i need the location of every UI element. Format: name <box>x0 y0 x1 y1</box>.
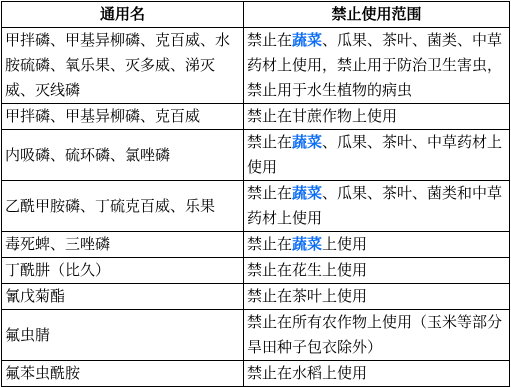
scope-text: 禁止在花生上使用 <box>247 261 367 279</box>
table-row: 氟虫腈 禁止在所有农作物上使用（玉米等部分旱田种子包衣除外） <box>2 310 510 361</box>
ban-scope-cell: 禁止在花生上使用 <box>244 258 510 284</box>
generic-name-cell: 丁酰肼（比久） <box>2 258 244 284</box>
generic-name-cell: 内吸磷、硫环磷、氯唑磷 <box>2 130 244 181</box>
generic-name-cell: 氟苯虫酰胺 <box>2 361 244 387</box>
scope-text: 禁止在甘蔗作物上使用 <box>247 107 397 125</box>
scope-text: 禁止在所有农作物上使用（玉米等部分旱田种子包衣除外） <box>247 313 502 356</box>
generic-name-cell: 乙酰甲胺磷、丁硫克百威、乐果 <box>2 181 244 232</box>
ban-scope-cell: 禁止在所有农作物上使用（玉米等部分旱田种子包衣除外） <box>244 310 510 361</box>
scope-text: 禁止在水稻上使用 <box>247 364 367 382</box>
scope-text: 禁止在 <box>247 184 292 202</box>
generic-name-cell: 氟虫腈 <box>2 310 244 361</box>
generic-name-cell: 甲拌磷、甲基异柳磷、克百威、水胺硫磷、氧乐果、灭多威、涕灭威、灭线磷 <box>2 28 244 104</box>
column-header-ban-scope: 禁止使用范围 <box>244 2 510 28</box>
ban-scope-cell: 禁止在蔬菜、瓜果、茶叶、中草药材上使用 <box>244 130 510 181</box>
highlighted-term: 蔬菜 <box>292 184 322 202</box>
table-row: 氟苯虫酰胺 禁止在水稻上使用 <box>2 361 510 387</box>
header-row: 通用名 禁止使用范围 <box>2 2 510 28</box>
highlighted-term: 蔬菜 <box>292 31 322 49</box>
table-row: 丁酰肼（比久） 禁止在花生上使用 <box>2 258 510 284</box>
pesticide-ban-table: 通用名 禁止使用范围 甲拌磷、甲基异柳磷、克百威、水胺硫磷、氧乐果、灭多威、涕灭… <box>1 1 510 387</box>
highlighted-term: 蔬菜 <box>292 235 322 253</box>
ban-scope-cell: 禁止在蔬菜、瓜果、茶叶、菌类和中草药材上使用 <box>244 181 510 232</box>
scope-text: 禁止在 <box>247 31 292 49</box>
scope-text: 禁止在 <box>247 235 292 253</box>
column-header-generic-name: 通用名 <box>2 2 244 28</box>
ban-scope-cell: 禁止在水稻上使用 <box>244 361 510 387</box>
generic-name-cell: 毒死蜱、三唑磷 <box>2 232 244 258</box>
highlighted-term: 蔬菜 <box>292 133 322 151</box>
table-row: 毒死蜱、三唑磷 禁止在蔬菜上使用 <box>2 232 510 258</box>
scope-text: 上使用 <box>322 235 367 253</box>
ban-scope-cell: 禁止在茶叶上使用 <box>244 284 510 310</box>
generic-name-cell: 甲拌磷、甲基异柳磷、克百威 <box>2 104 244 130</box>
ban-scope-cell: 禁止在蔬菜上使用 <box>244 232 510 258</box>
scope-text: 禁止在茶叶上使用 <box>247 287 367 305</box>
ban-scope-cell: 禁止在甘蔗作物上使用 <box>244 104 510 130</box>
page: 通用名 禁止使用范围 甲拌磷、甲基异柳磷、克百威、水胺硫磷、氧乐果、灭多威、涕灭… <box>0 0 511 381</box>
table-row: 乙酰甲胺磷、丁硫克百威、乐果 禁止在蔬菜、瓜果、茶叶、菌类和中草药材上使用 <box>2 181 510 232</box>
table-row: 氰戊菊酯 禁止在茶叶上使用 <box>2 284 510 310</box>
generic-name-cell: 氰戊菊酯 <box>2 284 244 310</box>
table-row: 内吸磷、硫环磷、氯唑磷 禁止在蔬菜、瓜果、茶叶、中草药材上使用 <box>2 130 510 181</box>
table-row: 甲拌磷、甲基异柳磷、克百威 禁止在甘蔗作物上使用 <box>2 104 510 130</box>
ban-scope-cell: 禁止在蔬菜、瓜果、茶叶、菌类、中草药材上使用，禁止用于防治卫生害虫，禁止用于水生… <box>244 28 510 104</box>
scope-text: 禁止在 <box>247 133 292 151</box>
table-row: 甲拌磷、甲基异柳磷、克百威、水胺硫磷、氧乐果、灭多威、涕灭威、灭线磷 禁止在蔬菜… <box>2 28 510 104</box>
